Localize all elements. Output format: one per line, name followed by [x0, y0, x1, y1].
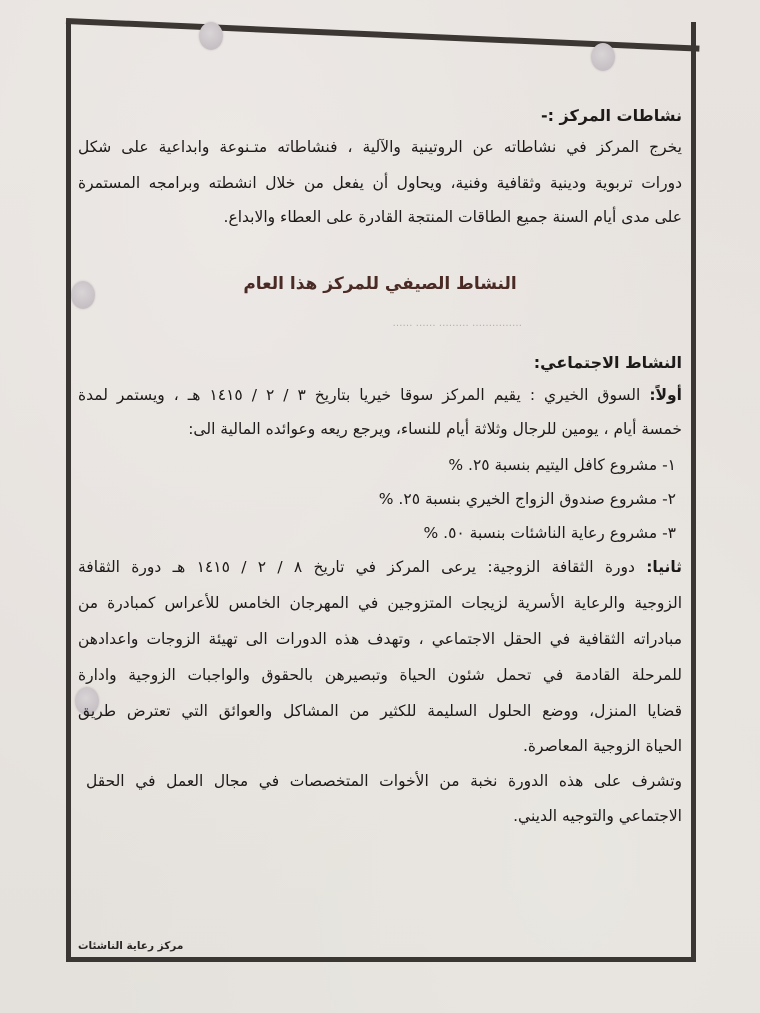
section-header: نشاطات المركز :-	[541, 108, 682, 124]
first-lead: أولاً:	[649, 386, 682, 404]
list-item-2: ٢- مشروع صندوق الزواج الخيري بنسبة ٢٥. %	[379, 492, 676, 508]
frame-right-border	[691, 46, 696, 962]
first-item-line-2: خمسة أيام ، يومين للرجال وثلاثة أيام للن…	[188, 422, 682, 438]
second-item-line-5: قضايا المنزل، ووضع الحلول السليمة للكثير…	[78, 704, 682, 720]
punch-hole-icon	[199, 22, 223, 50]
social-activity-heading: النشاط الاجتماعي:	[534, 355, 682, 371]
first-item-line-1: أولاً: السوق الخيري : يقيم المركز سوقا خ…	[78, 388, 682, 404]
punch-hole-icon	[591, 43, 615, 71]
closing-line-2: الاجتماعي والتوجيه الديني.	[513, 809, 682, 825]
second-item-line-1: ثانيا: دورة الثقافة الزوجية: يرعى المركز…	[78, 560, 682, 576]
list-item-1: ١- مشروع كافل اليتيم بنسبة ٢٥. %	[448, 458, 676, 474]
intro-line-2: دورات تربوية ودينية وثقافية وفنية، ويحاو…	[78, 176, 682, 192]
footer-organization-label: مركز رعاية الناشئات	[78, 940, 183, 952]
intro-line-1: يخرج المركز في نشاطاته عن الروتينية والآ…	[78, 140, 682, 156]
second-item-line-2: الزوجية والرعاية الأسرية لزيجات المتزوجي…	[78, 596, 682, 612]
second-item-line-4: للمرحلة القادمة في تحمل شئون الحياة وتبص…	[78, 668, 682, 684]
main-title: النشاط الصيفي للمركز هذا العام	[78, 274, 682, 294]
second-text-1: دورة الثقافة الزوجية: يرعى المركز في تار…	[78, 558, 635, 576]
faint-bleed-through-text: …………… ……… …… ……	[392, 318, 522, 329]
first-text-1: السوق الخيري : يقيم المركز سوقا خيريا بت…	[78, 386, 640, 404]
second-lead: ثانيا:	[646, 558, 682, 576]
second-item-line-6: الحياة الزوجية المعاصرة.	[523, 739, 682, 755]
list-item-3: ٣- مشروع رعاية الناشئات بنسبة ٥٠. %	[423, 526, 676, 542]
closing-line-1: وتشرف على هذه الدورة نخبة من الأخوات الم…	[86, 774, 682, 790]
intro-line-3: على مدى أيام السنة جميع الطاقات المنتجة …	[224, 210, 682, 226]
second-item-line-3: مبادراته الثقافية في الحقل الاجتماعي ، و…	[78, 632, 682, 648]
